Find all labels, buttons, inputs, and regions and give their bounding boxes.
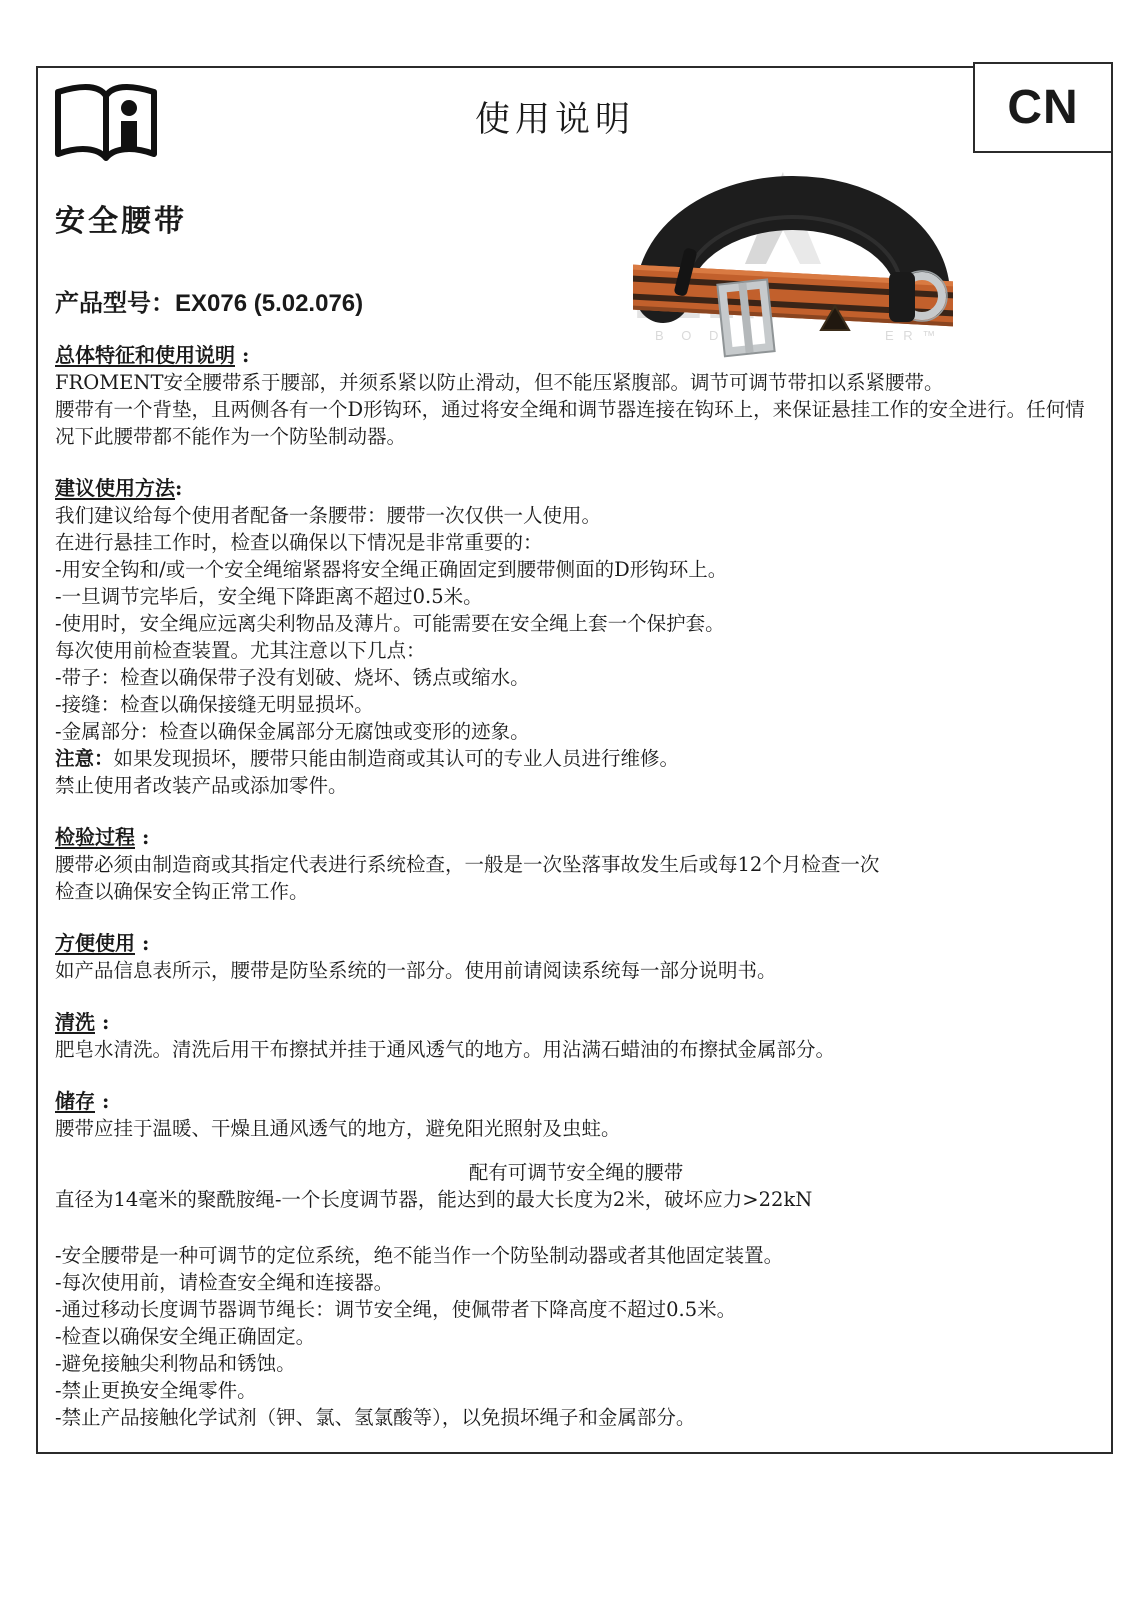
note-item: -禁止更换安全绳零件。	[55, 1377, 1097, 1404]
text-line: 在进行悬挂工作时，检查以确保以下情况是非常重要的：	[55, 529, 1097, 556]
note-item: -禁止产品接触化学试剂（钾、氯、氢氯酸等），以免损坏绳子和金属部分。	[55, 1404, 1097, 1431]
product-model-line: 产品型号：EX076 (5.02.076)	[55, 283, 363, 318]
note-line: 注意：如果发现损坏，腰带只能由制造商或其认可的专业人员进行维修。	[55, 745, 1097, 772]
text-line: -金属部分：检查以确保金属部分无腐蚀或变形的迹象。	[55, 718, 1097, 745]
section-heading: 清洗 :	[55, 1009, 1097, 1036]
lanyard-notes: -安全腰带是一种可调节的定位系统，绝不能当作一个防坠制动器或者其他固定装置。 -…	[55, 1242, 1097, 1431]
note-item: -通过移动长度调节器调节绳长：调节安全绳，使佩带者下降高度不超过0.5米。	[55, 1296, 1097, 1323]
lanyard-spec-line: 直径为14毫米的聚酰胺绳-一个长度调节器，能达到的最大长度为2米，破坏应力>22…	[55, 1186, 1097, 1213]
section-heading: 建议使用方法:	[55, 475, 1097, 502]
product-name: 安全腰带	[55, 196, 187, 240]
product-photo: DELTAPLUS B O D E R ™	[633, 146, 953, 368]
model-label: 产品型号：	[55, 288, 175, 317]
text-line: FROMENT安全腰带系于腰部，并须系紧以防止滑动，但不能压紧腹部。调节可调节带…	[55, 369, 1097, 396]
section-usage: 建议使用方法: 我们建议给每个使用者配备一条腰带：腰带一次仅供一人使用。 在进行…	[55, 475, 1097, 799]
open-book-icon	[50, 80, 162, 172]
watermark-tagline-right: E R ™	[885, 328, 938, 343]
text-line: 腰带应挂于温暖、干燥且通风透气的地方，避免阳光照射及虫蛀。	[55, 1115, 1097, 1142]
text-line: 腰带有一个背垫，且两侧各有一个D形钩环，通过将安全绳和调节器连接在钩环上，来保证…	[55, 396, 1097, 450]
text-line: 每次使用前检查装置。尤其注意以下几点：	[55, 637, 1097, 664]
section-cleaning: 清洗 : 肥皂水清洗。清洗后用干布擦拭并挂于通风透气的地方。用沾满石蜡油的布擦拭…	[55, 1009, 1097, 1063]
note-item: -每次使用前，请检查安全绳和连接器。	[55, 1269, 1097, 1296]
text-line: 禁止使用者改装产品或添加零件。	[55, 772, 1097, 799]
page-title: 使用说明	[205, 92, 905, 142]
section-ease-of-use: 方便使用 : 如产品信息表所示，腰带是防坠系统的一部分。使用前请阅读系统每一部分…	[55, 930, 1097, 984]
text-line: -带子：检查以确保带子没有划破、烧坏、锈点或缩水。	[55, 664, 1097, 691]
section-heading: 总体特征和使用说明 :	[55, 342, 1097, 369]
section-general: 总体特征和使用说明 : FROMENT安全腰带系于腰部，并须系紧以防止滑动，但不…	[55, 342, 1097, 450]
text-line: -一旦调节完毕后，安全绳下降距离不超过0.5米。	[55, 583, 1097, 610]
read-manual-icon	[50, 80, 162, 176]
text-line: 我们建议给每个使用者配备一条腰带：腰带一次仅供一人使用。	[55, 502, 1097, 529]
section-heading: 储存 :	[55, 1088, 1097, 1115]
note-item: -避免接触尖利物品和锈蚀。	[55, 1350, 1097, 1377]
section-storage: 储存 : 腰带应挂于温暖、干燥且通风透气的地方，避免阳光照射及虫蛀。	[55, 1088, 1097, 1142]
text-line: 腰带必须由制造商或其指定代表进行系统检查，一般是一次坠落事故发生后或每12个月检…	[55, 851, 1097, 878]
text-line: -用安全钩和/或一个安全绳缩紧器将安全绳正确固定到腰带侧面的D形钩环上。	[55, 556, 1097, 583]
section-heading: 方便使用 :	[55, 930, 1097, 957]
section-heading: 检验过程 :	[55, 824, 1097, 851]
text-line: 检查以确保安全钩正常工作。	[55, 878, 1097, 905]
text-line: -接缝：检查以确保接缝无明显损坏。	[55, 691, 1097, 718]
section-inspection: 检验过程 : 腰带必须由制造商或其指定代表进行系统检查，一般是一次坠落事故发生后…	[55, 824, 1097, 905]
note-item: -安全腰带是一种可调节的定位系统，绝不能当作一个防坠制动器或者其他固定装置。	[55, 1242, 1097, 1269]
note-item: -检查以确保安全绳正确固定。	[55, 1323, 1097, 1350]
language-code-badge: CN	[973, 62, 1113, 153]
watermark-tagline-left: B O D	[655, 328, 725, 343]
info-i-dot	[121, 100, 137, 116]
text-line: 如产品信息表所示，腰带是防坠系统的一部分。使用前请阅读系统每一部分说明书。	[55, 957, 1097, 984]
text-line: 肥皂水清洗。清洗后用干布擦拭并挂于通风透气的地方。用沾满石蜡油的布擦拭金属部分。	[55, 1036, 1097, 1063]
document-body: 总体特征和使用说明 : FROMENT安全腰带系于腰部，并须系紧以防止滑动，但不…	[55, 342, 1097, 1431]
info-i-stem	[121, 121, 137, 152]
note-label: 注意：	[55, 747, 114, 770]
model-value: EX076 (5.02.076)	[175, 290, 363, 317]
lanyard-subtitle: 配有可调节安全绳的腰带	[55, 1159, 1097, 1186]
text-line: -使用时，安全绳应远离尖利物品及薄片。可能需要在安全绳上套一个保护套。	[55, 610, 1097, 637]
